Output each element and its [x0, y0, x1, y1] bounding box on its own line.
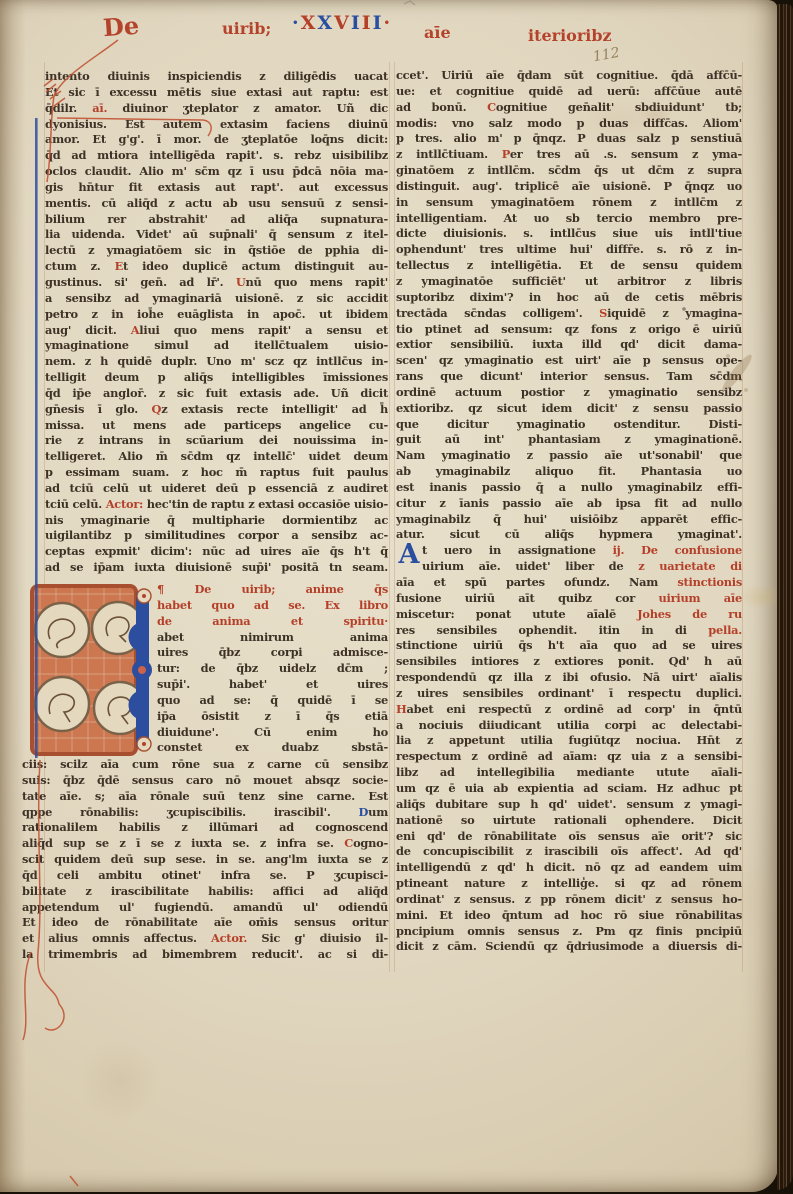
text-run: constet ex duabz sbstā-: [157, 740, 388, 754]
chapter-number: ·XXVIII·: [292, 12, 392, 34]
text-line: q̄d ad mtiora intelligēda rapit'. s. reb…: [45, 148, 388, 164]
text-line: q̄d celi ambitu otinet' infra se. P ʒcup…: [22, 868, 388, 884]
text-run: de anima et spiritu·: [157, 614, 388, 628]
text-run: pncipium omnis sensus z. Pm qz finis pnc…: [396, 924, 742, 938]
text-line: la trimembris ad bimembrem reducit'. ac …: [22, 947, 388, 963]
text-run: bilium rer abstrahit' ad aliq̄a supnatur…: [45, 212, 388, 226]
text-run: ad se ip̄am iuxta diuisionē sup̄i' posit…: [45, 560, 388, 574]
text-run: D: [359, 805, 369, 819]
running-title-right-word2: iterioribz: [528, 26, 612, 45]
text-line: um qz ē uia ab expientia ad sciam. Hz ad…: [396, 781, 742, 797]
text-line: aliq̄d sup se z ī se z iuxta se. z infra…: [22, 836, 388, 852]
text-run: trectāda sc̄ndas colligem'.: [396, 306, 599, 320]
text-run: tio ptinet ad sensum: qz fons z origo ē …: [396, 322, 742, 336]
text-run: ¶ De uirib; anime q̄s: [157, 582, 388, 596]
text-line: nis ymaginarie q̄ multipharie dormientib…: [45, 513, 388, 529]
text-line: t uero in assignatione ij. De confusione: [396, 543, 742, 559]
text-run: t uero in assignatione: [422, 543, 613, 557]
text-line: ptineant nature z intellig̾e. si qz ad r…: [396, 876, 742, 892]
text-run: I: [362, 12, 373, 34]
text-run: missa. ut mens ade particeps angelice cu…: [45, 418, 388, 432]
text-run: res sensibiles ophendit. itin in di: [396, 623, 708, 637]
text-run: nis ymaginarie q̄ multipharie dormientib…: [45, 513, 388, 527]
text-run: diuidune'. Cū enim ho: [157, 725, 388, 739]
text-run: ginatōem z intllc̄m. sc̄dm q̄s ut dc̄m z…: [396, 163, 742, 177]
text-run: a sensibz ad ymaginariā uisionē. z sic a…: [45, 291, 388, 305]
text-run: iquidē z ymagina-: [607, 306, 742, 320]
text-run: ip̄a ōsistit z ī q̄s etiā: [157, 709, 388, 723]
text-run: telligeret. Alio m̄ sc̄dm qz intellc̄' u…: [45, 449, 388, 463]
text-run: Actor.: [211, 931, 261, 945]
text-line: dicte diuisionis. s. intllc̄us siue uis …: [396, 226, 742, 242]
text-line: ordinē actuum postior z ymaginatio sensi…: [396, 385, 742, 401]
text-run: Johes de ru: [637, 607, 742, 621]
text-run: S: [599, 306, 607, 320]
text-run: p essimam suam. z hoc m̄ raptus fuit pau…: [45, 465, 388, 479]
text-line: Nam ymaginatio z passio aīe ut'sonabil' …: [396, 448, 742, 464]
text-line: ue: et cognitiue quidē ad uerū: affc̄ūue…: [396, 84, 742, 100]
text-line: Et ideo de rōnabilitate aīe om̄is sensus…: [22, 915, 388, 931]
text-line: libz ad intellegibilia mediante utute aī…: [396, 765, 742, 781]
text-line: mentis. cū aliq̄d z actu ab usu sensuū z…: [45, 196, 388, 212]
text-line: qppe rōnabilis: ʒcupiscibilis. irascibil…: [22, 805, 388, 821]
text-line: scit quidem deū sup sese. in se. ang'lm …: [22, 852, 388, 868]
text-line: sensibiles intiores z extiores ponit. Qd…: [396, 654, 742, 670]
text-line: uigilantibz p similitudines corpor a sen…: [45, 528, 388, 544]
text-run: quo ad se: q̄ quidē ī se: [157, 693, 388, 707]
text-run: gn̄esis ī glo.: [45, 402, 152, 416]
text-line: amor. Et g'g'. ī mor. de ʒteplatōe loq̄n…: [45, 132, 388, 148]
text-line: gn̄esis ī glo. Qz extasis recte intellig…: [45, 402, 388, 418]
text-line: missa. ut mens ade particeps angelice cu…: [45, 418, 388, 434]
text-run: petro z in ioh̄e euāglista in apoc̄. ut …: [45, 307, 388, 321]
text-run: extioribz. qz sicut idem dicit' z sensu …: [396, 401, 742, 415]
text-run: ceptas expmit' dicim': nūc ad uires aīe …: [45, 544, 388, 558]
text-run: ordinē actuum postior z ymaginatio sensi…: [396, 385, 742, 399]
text-run: que dicitur ymaginatio ostenditur. Disti…: [396, 417, 742, 431]
text-line: q̄d ip̄e anglor̄. z sic fuit extasis ade…: [45, 386, 388, 402]
text-run: P: [502, 147, 510, 161]
text-run: ciis: scilz aīa cum rōne sua z carne cū …: [22, 757, 388, 771]
text-line: ad tciū celū ut uideret deū p essenciā z…: [45, 481, 388, 497]
text-line: fusione uiriū aīt quibz cor uirium aīe: [396, 591, 742, 607]
text-line: stinctione uiriū q̄s h't aīa quo ad se u…: [396, 638, 742, 654]
text-line: a sensibz ad ymaginariā uisionē. z sic a…: [45, 291, 388, 307]
text-run: intelligendū z qd' h dicit. nō qz ad ean…: [396, 860, 742, 874]
text-line: extioribz. qz sicut idem dicit' z sensu …: [396, 401, 742, 417]
binding-gutter-shadow: [0, 0, 26, 1192]
text-run: X: [317, 12, 334, 34]
text-run: ab ymaginabilz aliquo fit. Phantasia uo: [396, 464, 742, 478]
text-run: modis: vno salz modo p duas diffc̄as. Al…: [396, 116, 742, 130]
text-run: q̄d ad mtiora intelligēda rapit'. s. reb…: [45, 148, 388, 162]
text-line: p tres. alio m' p q̄nqz. P duas salz p s…: [396, 131, 742, 147]
text-line: suptoribz dixim'? in hoc aū de cetis mēb…: [396, 290, 742, 306]
text-run: amor. Et g'g'. ī mor. de ʒteplatōe loq̄n…: [45, 132, 388, 146]
text-run: tellectus z intelligētia. Et de sensu qu…: [396, 258, 742, 272]
text-line: lectū z ymagiatōem sic in q̄stiōe de pph…: [45, 243, 388, 259]
text-run: uirium aīe. uidet' liber de: [422, 559, 638, 573]
text-run: suis: q̄bz q̄dē sensus caro nō mouet abs…: [22, 773, 388, 787]
text-run: habet quo ad se. Ex libro: [157, 598, 388, 612]
text-run: H: [396, 702, 407, 716]
text-line: appetendum ul' fugiendū. amandū ul' odie…: [22, 900, 388, 916]
text-line: mini. Et ideo q̄ntum ad hoc rō siue rōna…: [396, 908, 742, 924]
text-line: bilium rer abstrahit' ad aliq̄a supnatur…: [45, 212, 388, 228]
text-line: scen' qz ymaginatio est uirt' aīe p sens…: [396, 353, 742, 369]
text-line: uirium aīe. uidet' liber de z uarietate …: [396, 559, 742, 575]
text-line: ordinat' z sensus. z pp rōnem dicit' z s…: [396, 892, 742, 908]
manuscript-photo: De uirib; ·XXVIII· aīe iterioribz 112 in…: [0, 0, 793, 1194]
left-column-lower-text: ciis: scilz aīa cum rōne sua z carne cū …: [22, 757, 388, 963]
text-line: ccet'. Uiriū aīe q̄dam sūt cognitiue. q̄…: [396, 68, 742, 84]
text-line: petro z in ioh̄e euāglista in apoc̄. ut …: [45, 307, 388, 323]
text-line: oclos claudit. Alio m' sc̄m qz ī usu p̄d…: [45, 164, 388, 180]
text-line: tellectus z intelligētia. Et de sensu qu…: [396, 258, 742, 274]
text-line: ceptas expmit' dicim': nūc ad uires aīe …: [45, 544, 388, 560]
text-line: z ymaginatōe sufficiēt' ut arbitror z li…: [396, 274, 742, 290]
text-run: q̄d celi ambitu otinet' infra se. P ʒcup…: [22, 868, 388, 882]
text-run: qppe rōnabilis: ʒcupiscibilis. irascibil…: [22, 805, 359, 819]
text-line: Habet eni respectū z ordinē ad corp' in …: [396, 702, 742, 718]
text-run: est inanis passio q̄ a nullo ymaginabilz…: [396, 480, 742, 494]
text-run: V: [334, 12, 351, 34]
text-run: nationē so uirtute rationali ophendere. …: [396, 813, 742, 827]
text-line: aīa et spū partes ofundz. Nam stinctioni…: [396, 575, 742, 591]
text-line: ad bonū. Cognitiue gen̄alit' sbdiuidunt'…: [396, 100, 742, 116]
text-run: I: [373, 12, 384, 34]
text-run: diuinor ʒteplator z amator. Uñ dic: [122, 101, 388, 115]
text-run: ad bonū.: [396, 100, 487, 114]
text-line: que dicitur ymaginatio ostenditur. Disti…: [396, 417, 742, 433]
text-run: aīa et spū partes ofundz. Nam: [396, 575, 677, 589]
text-run: lectū z ymagiatōem sic in q̄stiōe de pph…: [45, 243, 388, 257]
text-line: intento diuinis inspiciendis z diligēdis…: [45, 69, 388, 85]
text-run: ognitiue gen̄alit' sbdiuidunt' tb;: [496, 100, 742, 114]
text-run: la trimembris ad bimembrem reducit'. ac …: [22, 947, 388, 961]
text-line: tciū celū. Actor: hec'tin de raptu z ext…: [45, 497, 388, 513]
text-run: Et ideo de rōnabilitate aīe om̄is sensus…: [22, 915, 388, 929]
text-line: respondendū qz illa z ibi ofusio. Nā uir…: [396, 670, 742, 686]
text-run: ·: [292, 12, 301, 34]
text-run: z uarietate di: [638, 559, 742, 573]
text-run: dyonisius. Est autem extasim faciens diu…: [45, 117, 388, 131]
text-line: res sensibiles ophendit. itin in di pell…: [396, 623, 742, 639]
text-line: p essimam suam. z hoc m̄ raptus fuit pau…: [45, 465, 388, 481]
text-run: abet eni respectū z ordinē ad corp' in q…: [407, 702, 742, 716]
text-run: appetendum ul' fugiendū. amandū ul' odie…: [22, 900, 388, 914]
text-run: ophendunt' tres ultime hui' diffr̄e. s. …: [396, 242, 742, 256]
text-run: tate aīe. s; aīa rōnale suū tenz sine ca…: [22, 789, 388, 803]
text-run: ue: et cognitiue quidē ad uerū: affc̄ūue…: [396, 84, 742, 98]
text-run: guit aū int' phantasiam z ymaginationē.: [396, 432, 742, 446]
text-run: bilitate z irascibilitate habilis: affic…: [22, 884, 388, 898]
text-run: intelligentiam. At uo sb tercio membro p…: [396, 211, 742, 225]
text-line: guit aū int' phantasiam z ymaginationē.: [396, 432, 742, 448]
text-run: ·: [384, 12, 393, 34]
text-run: uirium aīe: [659, 591, 742, 605]
text-run: Actor:: [106, 497, 147, 511]
text-run: Q: [152, 402, 162, 416]
text-run: miscetur: ponat utute aīalē: [396, 607, 637, 621]
text-run: A: [131, 323, 140, 337]
text-run: telligit deum p aliq̄s intelligibles īmi…: [45, 370, 388, 384]
text-run: dicte diuisionis. s. intllc̄us siue uis …: [396, 226, 742, 240]
text-line: dyonisius. Est autem extasim faciens diu…: [45, 117, 388, 133]
text-run: z ymaginatōe sufficiēt' ut arbitror z li…: [396, 274, 742, 288]
text-run: gustinus. si' gen̄. ad lr̄'.: [45, 275, 236, 289]
running-title-left-word2: uirib;: [222, 19, 271, 38]
text-run: ad tciū celū ut uideret deū p essenciā z…: [45, 481, 388, 495]
text-line: trectāda sc̄ndas colligem'. Siquidē z ym…: [396, 306, 742, 322]
text-run: in sensum ymaginatōem rōnem z intllc̄m z: [396, 195, 742, 209]
text-run: ymaginabilz q̄ hui' uisiōibz apparēt eff…: [396, 512, 742, 526]
text-run: Sic g' diuisio il-: [261, 931, 388, 945]
text-line: nem. z h quidē duplr. Uno m' scz qz intl…: [45, 354, 388, 370]
text-run: lia z appetunt utilia fugiūtqz nociua. H…: [396, 733, 742, 747]
text-line: z intllc̄tiuam. Per tres aū .s. sensum z…: [396, 147, 742, 163]
text-line: ctum z. Et ideo duplicē actum distinguit…: [45, 259, 388, 275]
text-line: telligeret. Alio m̄ sc̄dm qz intellc̄' u…: [45, 449, 388, 465]
text-run: abet nimirum anima: [157, 630, 388, 644]
text-run: eni qd' de rōnabilitate oīs sensus aīe o…: [396, 829, 742, 843]
text-run: tciū celū.: [45, 497, 106, 511]
text-run: respectum z ordinē ad aīam: qz uia z a s…: [396, 749, 742, 763]
text-run: de concupiscibilit z irascibili oīs affe…: [396, 844, 742, 858]
text-run: rie z intrans in scūarium dei nouissima …: [45, 433, 388, 447]
text-run: q̄dilr.: [45, 101, 92, 115]
text-line: rans que dicunt' interior sensus. Tam sc…: [396, 369, 742, 385]
text-line: tio ptinet ad sensum: qz fons z origo ē …: [396, 322, 742, 338]
text-run: et alius omnis affectus.: [22, 931, 211, 945]
text-line: miscetur: ponat utute aīalē Johes de ru: [396, 607, 742, 623]
text-line: bilitate z irascibilitate habilis: affic…: [22, 884, 388, 900]
text-run: C: [487, 100, 496, 114]
text-run: mini. Et ideo q̄ntum ad hoc rō siue rōna…: [396, 908, 742, 922]
text-line: citur z īanis passio aīe ab ipsa fit ad …: [396, 496, 742, 512]
text-line: pncipium omnis sensus z. Pm qz finis pnc…: [396, 924, 742, 940]
text-line: rie z intrans in scūarium dei nouissima …: [45, 433, 388, 449]
text-line: z uires sensibiles ordinant' ī respectu …: [396, 686, 742, 702]
text-line: extior sensibiliū. iuxta illd qd' dicit …: [396, 337, 742, 353]
text-run: atur. sicut cū aliq̄s hypmera ymaginat'.: [396, 527, 742, 541]
text-line: aliq̄s dubitare sup h qd' uidet'. sensum…: [396, 797, 742, 813]
text-run: pella.: [708, 623, 742, 637]
running-title-right-word1: aīe: [424, 23, 451, 42]
ruling-line: [389, 62, 390, 972]
text-run: extior sensibiliū. iuxta illd qd' dicit …: [396, 337, 742, 351]
text-line: dicit z cām. Sciendū qz q̄driusimode a d…: [396, 939, 742, 955]
text-line: ad se ip̄am iuxta diuisionē sup̄i' posit…: [45, 560, 388, 576]
text-line: Et sic ī excessu mētis siue extasi aut r…: [45, 85, 388, 101]
text-line: respectum z ordinē ad aīam: qz uia z a s…: [396, 749, 742, 765]
text-run: suptoribz dixim'? in hoc aū de cetis mēb…: [396, 290, 742, 304]
text-run: C: [344, 836, 353, 850]
text-run: a nociuis diiudicant utilia corpi ac del…: [396, 718, 742, 732]
text-run: t ideo duplicē actum distinguit au-: [123, 259, 388, 273]
text-run: er tres aū .s. sensum z yma-: [510, 147, 742, 161]
text-run: E: [115, 259, 123, 273]
text-line: atur. sicut cū aliq̄s hypmera ymaginat'.: [396, 527, 742, 543]
text-run: sup̄i'. habet' et uires: [157, 677, 388, 691]
text-line: lia z appetunt utilia fugiūtqz nociua. H…: [396, 733, 742, 749]
text-run: I: [351, 12, 362, 34]
text-run: ij. De confusione: [613, 543, 742, 557]
text-run: fusione uiriū aīt quibz cor: [396, 591, 659, 605]
text-run: libz ad intellegibilia mediante utute aī…: [396, 765, 742, 779]
text-line: est inanis passio q̄ a nullo ymaginabilz…: [396, 480, 742, 496]
folio-number: 112: [592, 45, 621, 65]
text-run: uires q̄bz corpi admisce-: [157, 645, 388, 659]
text-run: scit quidem deū sup sese. in se. ang'lm …: [22, 852, 388, 866]
text-line: nationē so uirtute rationali ophendere. …: [396, 813, 742, 829]
text-line: rationalilem habilis z illūmari ad cogno…: [22, 820, 388, 836]
text-run: respondendū qz illa z ibi ofusio. Nā uir…: [396, 670, 742, 684]
text-run: p tres. alio m' p q̄nqz. P duas salz p s…: [396, 131, 742, 145]
text-run: z uires sensibiles ordinant' ī respectu …: [396, 686, 742, 700]
text-run: um: [368, 805, 388, 819]
text-run: Et sic ī excessu mētis siue extasi aut r…: [45, 85, 388, 99]
text-run: ordinat' z sensus. z pp rōnem dicit' z s…: [396, 892, 742, 906]
text-run: nem. z h quidē duplr. Uno m' scz qz intl…: [45, 354, 388, 368]
illuminated-initial-H: [30, 584, 154, 756]
initial-H-artwork: [30, 584, 154, 756]
text-line: ophendunt' tres ultime hui' diffr̄e. s. …: [396, 242, 742, 258]
text-line: q̄dilr. aī. diuinor ʒteplator z amator. …: [45, 101, 388, 117]
text-run: z intllc̄tiuam.: [396, 147, 502, 161]
text-line: in sensum ymaginatōem rōnem z intllc̄m z: [396, 195, 742, 211]
text-line: et alius omnis affectus. Actor. Sic g' d…: [22, 931, 388, 947]
text-run: um qz ē uia ab expientia ad sciam. Hz ad…: [396, 781, 742, 795]
text-line: lia uidenda. Videt' aū sup̄nali' q̄ sens…: [45, 227, 388, 243]
book-fore-edge: [777, 4, 793, 1190]
text-run: nū quo mens rapit': [246, 275, 388, 289]
text-run: intento diuinis inspiciendis z diligēdis…: [45, 69, 388, 83]
text-line: aug' dicit. Aliui quo mens rapit' a sens…: [45, 323, 388, 339]
left-column-upper-text: intento diuinis inspiciendis z diligēdis…: [45, 69, 388, 576]
text-run: dicit z cām. Sciendū qz q̄driusimode a d…: [396, 939, 742, 953]
text-run: ymaginatione simul ad itellc̄tualem uisi…: [45, 338, 388, 352]
text-line: intelligendū z qd' h dicit. nō qz ad ean…: [396, 860, 742, 876]
running-title-left-word1: De: [102, 11, 140, 42]
text-run: q̄d ip̄e anglor̄. z sic fuit extasis ade…: [45, 386, 388, 400]
text-run: gis hn̄tur fit extasis aut rapt'. aut ex…: [45, 180, 388, 194]
text-run: hec'tin de raptu z extasi occasiōe uisio…: [147, 497, 388, 511]
text-run: scen' qz ymaginatio est uirt' aīe p sens…: [396, 353, 742, 367]
text-run: lia uidenda. Videt' aū sup̄nali' q̄ sens…: [45, 227, 388, 241]
text-line: de concupiscibilit z irascibili oīs affe…: [396, 844, 742, 860]
text-line: tate aīe. s; aīa rōnale suū tenz sine ca…: [22, 789, 388, 805]
text-run: stinctione uiriū q̄s h't aīa quo ad se u…: [396, 638, 742, 652]
text-run: distinguit. aug'. triplicē aīe uisionē. …: [396, 179, 742, 193]
manuscript-page: De uirib; ·XXVIII· aīe iterioribz 112 in…: [0, 0, 778, 1192]
text-run: liui quo mens rapit' a sensu et: [139, 323, 388, 337]
text-line: gustinus. si' gen̄. ad lr̄'. Unū quo men…: [45, 275, 388, 291]
text-run: ccet'. Uiriū aīe q̄dam sūt cognitiue. q̄…: [396, 68, 742, 82]
text-run: U: [236, 275, 246, 289]
text-run: z extasis recte intelligit' ad h̄: [161, 402, 388, 416]
text-line: ciis: scilz aīa cum rōne sua z carne cū …: [22, 757, 388, 773]
text-line: gis hn̄tur fit extasis aut rapt'. aut ex…: [45, 180, 388, 196]
text-run: aliq̄s dubitare sup h qd' uidet'. sensum…: [396, 797, 742, 811]
text-line: suis: q̄bz q̄dē sensus caro nō mouet abs…: [22, 773, 388, 789]
text-line: intelligentiam. At uo sb tercio membro p…: [396, 211, 742, 227]
text-run: sensibiles intiores z extiores ponit. Qd…: [396, 654, 742, 668]
text-run: oclos claudit. Alio m' sc̄m qz ī usu p̄d…: [45, 164, 388, 178]
text-run: mentis. cū aliq̄d z actu ab usu sensuū z…: [45, 196, 388, 210]
text-run: ptineant nature z intellig̾e. si qz ad r…: [396, 876, 742, 890]
text-line: distinguit. aug'. triplicē aīe uisionē. …: [396, 179, 742, 195]
text-run: ogno-: [353, 836, 388, 850]
text-line: ginatōem z intllc̄m. sc̄dm q̄s ut dc̄m z…: [396, 163, 742, 179]
text-run: aliq̄d sup se z ī se z iuxta se. z infra…: [22, 836, 344, 850]
ruling-line: [742, 62, 743, 972]
text-line: eni qd' de rōnabilitate oīs sensus aīe o…: [396, 829, 742, 845]
right-column-text: ccet'. Uiriū aīe q̄dam sūt cognitiue. q̄…: [396, 68, 742, 955]
ruling-line: [394, 62, 395, 972]
text-run: aug' dicit.: [45, 323, 131, 337]
text-line: a nociuis diiudicant utilia corpi ac del…: [396, 718, 742, 734]
text-line: telligit deum p aliq̄s intelligibles īmi…: [45, 370, 388, 386]
text-run: aī.: [92, 101, 122, 115]
text-run: ctum z.: [45, 259, 115, 273]
text-run: rationalilem habilis z illūmari ad cogno…: [22, 820, 388, 834]
text-run: citur z īanis passio aīe ab ipsa fit ad …: [396, 496, 742, 510]
text-run: stinctionis: [677, 575, 742, 589]
text-run: uigilantibz p similitudines corpor a sen…: [45, 528, 388, 542]
text-run: tur: de q̄bz uidelz dc̄m ;: [157, 661, 388, 675]
text-run: Nam ymaginatio z passio aīe ut'sonabil' …: [396, 448, 742, 462]
text-line: ab ymaginabilz aliquo fit. Phantasia uo: [396, 464, 742, 480]
initial-letter-A: A: [396, 540, 422, 572]
text-line: ymaginatione simul ad itellc̄tualem uisi…: [45, 338, 388, 354]
text-line: ymaginabilz q̄ hui' uisiōibz apparēt eff…: [396, 512, 742, 528]
text-line: modis: vno salz modo p duas diffc̄as. Al…: [396, 116, 742, 132]
text-run: X: [301, 12, 318, 34]
text-run: rans que dicunt' interior sensus. Tam sc…: [396, 369, 742, 383]
